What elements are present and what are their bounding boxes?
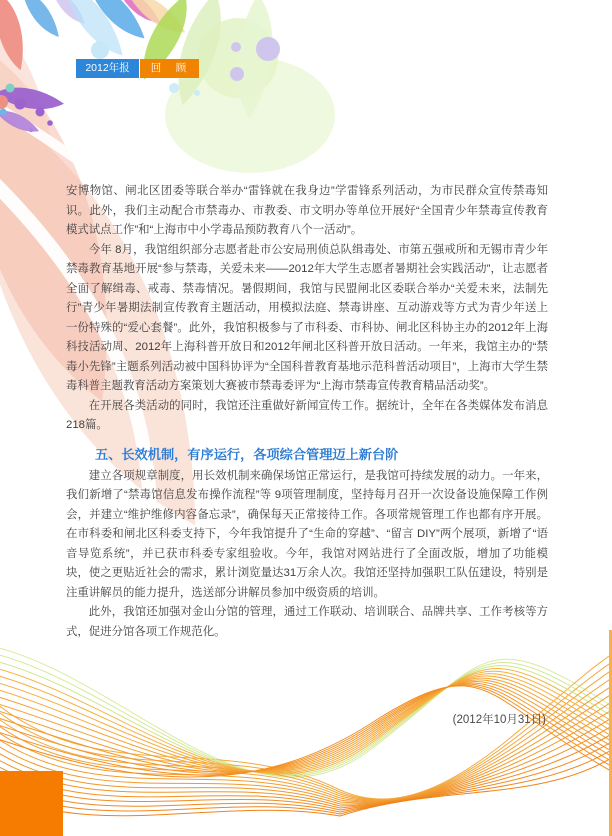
paragraph: 今年 8月，我馆组织部分志愿者赴市公安局刑侦总队缉毒处、市第五强戒所和无锡市青少…	[66, 241, 548, 397]
article-body: 安博物馆、闸北区团委等联合举办“雷锋就在我身边”学雷锋系列活动，为市民群众宣传禁…	[66, 182, 548, 642]
paragraph: 在开展各类活动的同时，我馆还注重做好新闻宣传工作。据统计，全年在各类媒体发布消息…	[66, 397, 548, 436]
paragraph: 安博物馆、闸北区团委等联合举办“雷锋就在我身边”学雷锋系列活动，为市民群众宣传禁…	[66, 182, 548, 241]
review-badge: 回 顾	[140, 59, 199, 78]
paragraph: 此外，我馆还加强对金山分馆的管理，通过工作联动、培训联合、品牌共享、工作考核等方…	[66, 603, 548, 642]
wave-lines-decoration	[0, 640, 612, 836]
report-page: 2012年报 回 顾 安博物馆、闸北区团委等联合举办“雷锋就在我身边”学雷锋系列…	[0, 0, 612, 836]
date-note: (2012年10月31日)	[453, 711, 546, 727]
paragraph: 建立各项规章制度，用长效机制来确保场馆正常运行，是我馆可持续发展的动力。一年来，…	[66, 467, 548, 604]
orange-corner-block	[0, 771, 63, 836]
section-heading: 五、长效机制，有序运行，各项综合管理迈上新台阶	[66, 445, 548, 464]
year-badge: 2012年报	[76, 59, 139, 78]
